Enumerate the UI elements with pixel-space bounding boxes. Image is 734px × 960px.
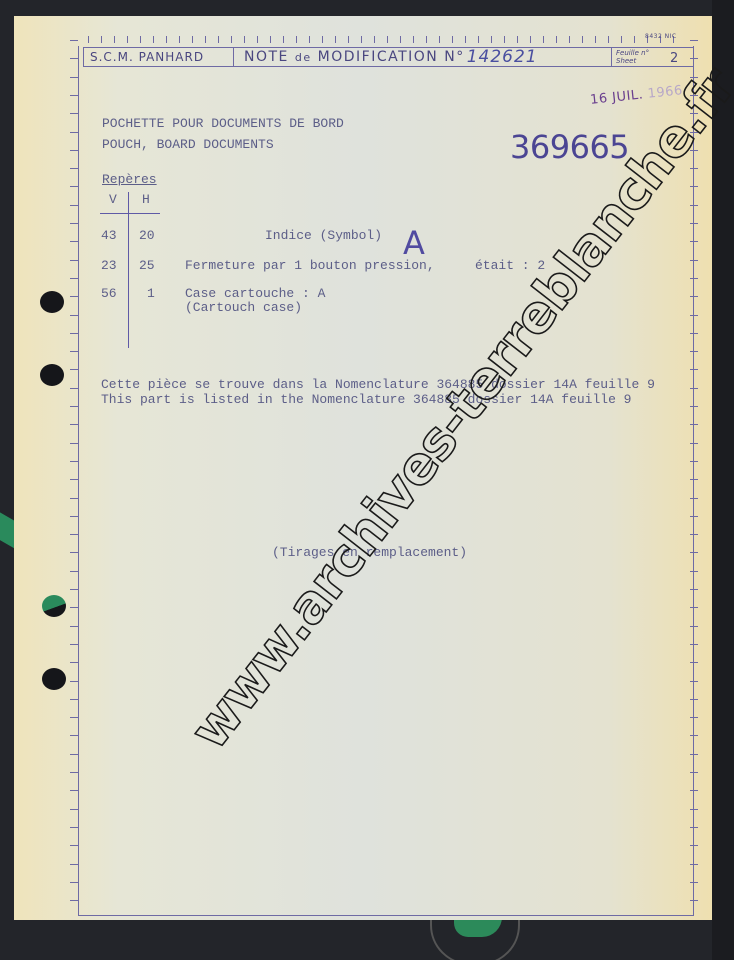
row-desc: Indice (Symbol) xyxy=(265,228,382,243)
note-de: de xyxy=(295,51,312,64)
row-h: 25 xyxy=(139,258,159,273)
row-desc-en: (Cartouch case) xyxy=(185,300,302,315)
form-code: 8432 NIC xyxy=(645,33,677,40)
left-tick-ruler xyxy=(70,40,78,910)
punch-hole xyxy=(40,364,64,386)
binder-edge xyxy=(712,0,734,960)
company-name: S.C.M. PANHARD xyxy=(84,48,234,66)
document-frame xyxy=(78,46,694,916)
column-v-header: V xyxy=(109,192,117,207)
row-previous-value: était : 2 xyxy=(475,258,545,273)
note-number: 142621 xyxy=(467,47,538,67)
reperes-label: Repères xyxy=(102,172,157,187)
row-h: 20 xyxy=(139,228,159,243)
sheet-number: 2 xyxy=(670,51,678,66)
row-v: 43 xyxy=(101,228,121,243)
punch-hole xyxy=(42,595,66,617)
sheet-label-en: Sheet xyxy=(616,57,636,65)
row-desc: Fermeture par 1 bouton pression, xyxy=(185,258,435,273)
note-prefix: NOTE xyxy=(244,49,289,65)
row-v: 56 xyxy=(101,286,121,301)
nomenclature-en: This part is listed in the Nomenclature … xyxy=(101,392,632,407)
title-fr: POCHETTE POUR DOCUMENTS DE BORD xyxy=(102,116,344,131)
reperes-divider xyxy=(100,213,160,214)
row-desc: Case cartouche : A xyxy=(185,286,325,301)
sheet-label-fr: Feuille n° xyxy=(616,49,649,57)
header-bar: S.C.M. PANHARD NOTE de MODIFICATION N° 1… xyxy=(83,47,694,67)
punch-hole xyxy=(40,291,64,313)
indice-letter-stamp: A xyxy=(403,224,425,262)
sheet-box: Feuille n° Sheet 2 xyxy=(611,48,693,66)
tirages-note: (Tirages en remplacement) xyxy=(272,545,467,560)
note-modification: MODIFICATION N° xyxy=(318,49,465,65)
nomenclature-fr: Cette pièce se trouve dans la Nomenclatu… xyxy=(101,377,655,392)
column-h-header: H xyxy=(142,192,150,207)
row-h: 1 xyxy=(147,286,167,301)
title-en: POUCH, BOARD DOCUMENTS xyxy=(102,137,274,152)
note-title: NOTE de MODIFICATION N° 142621 xyxy=(234,48,611,66)
punch-hole xyxy=(42,668,66,690)
reperes-column-line xyxy=(128,192,129,348)
part-number-stamp: 369665 xyxy=(510,128,629,166)
row-v: 23 xyxy=(101,258,121,273)
top-tick-ruler xyxy=(88,36,688,44)
